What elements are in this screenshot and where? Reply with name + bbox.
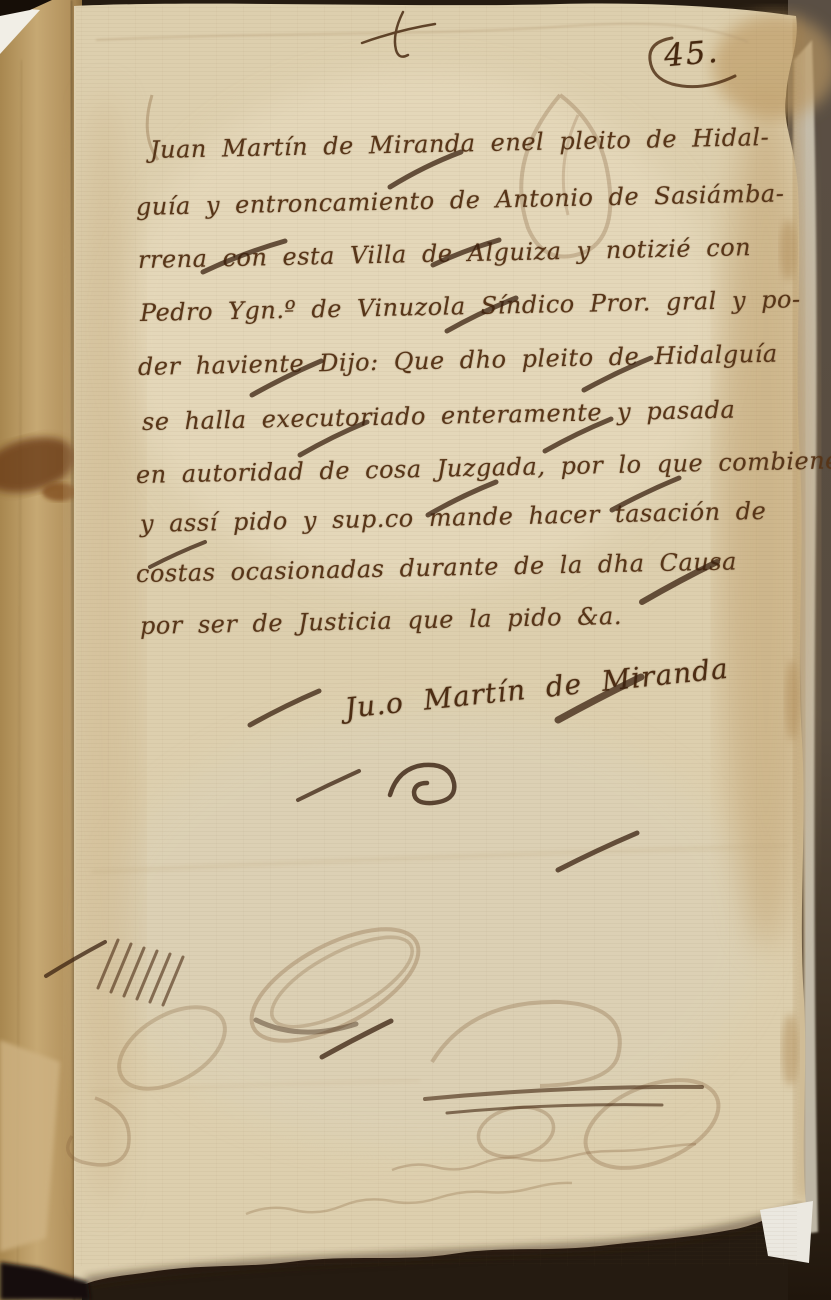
manuscript-line-6: se halla executoriado enteramente y pasa…	[142, 396, 736, 436]
manuscript-line-10: por ser de Justicia que la pido &a.	[140, 602, 623, 640]
manuscript-line-1: Juan Martín de Miranda enel pleito de Hi…	[150, 123, 770, 164]
manuscript-line-8: y assí pido y sup.co mande hacer tasació…	[140, 497, 767, 538]
folio-number: 45.	[663, 34, 721, 75]
manuscript-line-9: costas ocasionadas durante de la dha Cau…	[136, 547, 737, 588]
manuscript-photo: 45. Juan Martín de Miranda enel pleito d…	[0, 0, 831, 1300]
manuscript-line-2: guía y entroncamiento de Antonio de Sasi…	[136, 179, 785, 221]
signature: Ju.o Martín de Miranda	[343, 652, 730, 725]
manuscript-line-3: rrena con esta Villa de Alguiza y notizi…	[138, 233, 752, 274]
manuscript-line-5: der haviente Dijo: Que dho pleito de Hid…	[138, 340, 778, 381]
manuscript-text: 45. Juan Martín de Miranda enel pleito d…	[0, 0, 831, 1300]
manuscript-line-7: en autoridad de cosa Juzgada, por lo que…	[136, 446, 831, 489]
manuscript-line-4: Pedro Ygn.º de Vinuzola Síndico Pror. gr…	[140, 285, 801, 327]
